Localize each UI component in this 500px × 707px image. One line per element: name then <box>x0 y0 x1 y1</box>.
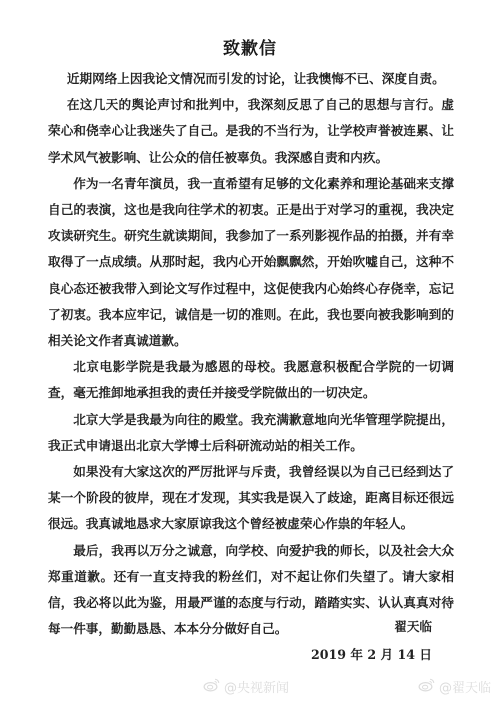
paragraph-7: 最后，我再以万分之诚意，向学校、向爱护我的师长，以及社会大众郑重道歉。还有一直支… <box>48 538 454 643</box>
paragraph-6: 如果没有大家这次的严厉批评与斥责，我曾经误以为自己已经到达了某一个阶段的彼岸，现… <box>48 459 454 538</box>
paragraph-4: 北京电影学院是我最为感恩的母校。我愿意积极配合学院的一切调查，毫无推卸地承担我的… <box>48 354 454 406</box>
watermark-author: @翟天临 <box>418 677 491 696</box>
watermark-cctv-news: @央视新闻 <box>203 677 289 696</box>
paragraph-5: 北京大学是我最为向往的殿堂。我充满歉意地向光华管理学院提出，我正式申请退出北京大… <box>48 407 454 459</box>
paragraph-1: 近期网络上因我论文情况而引发的讨论，让我懊悔不已、深度自责。 <box>48 66 454 92</box>
letter-date: 2019 年 2 月 14 日 <box>311 644 432 663</box>
letter-page: 致歉信 近期网络上因我论文情况而引发的讨论，让我懊悔不已、深度自责。 在这几天的… <box>0 0 500 707</box>
watermark-text: @央视新闻 <box>224 677 289 696</box>
signature: 翟天临 <box>394 616 432 635</box>
letter-body: 近期网络上因我论文情况而引发的讨论，让我懊悔不已、深度自责。 在这几天的舆论声讨… <box>48 66 454 642</box>
weibo-icon <box>203 677 221 696</box>
letter-title: 致歉信 <box>0 34 500 59</box>
paragraph-2: 在这几天的舆论声讨和批判中，我深刻反思了自己的思想与言行。虚荣心和侥幸心让我迷失… <box>48 92 454 171</box>
paragraph-3: 作为一名青年演员，我一直希望有足够的文化素养和理论基础来支撑自己的表演，这也是我… <box>48 171 454 354</box>
weibo-icon <box>418 677 436 696</box>
watermark-text: @翟天临 <box>439 677 491 696</box>
